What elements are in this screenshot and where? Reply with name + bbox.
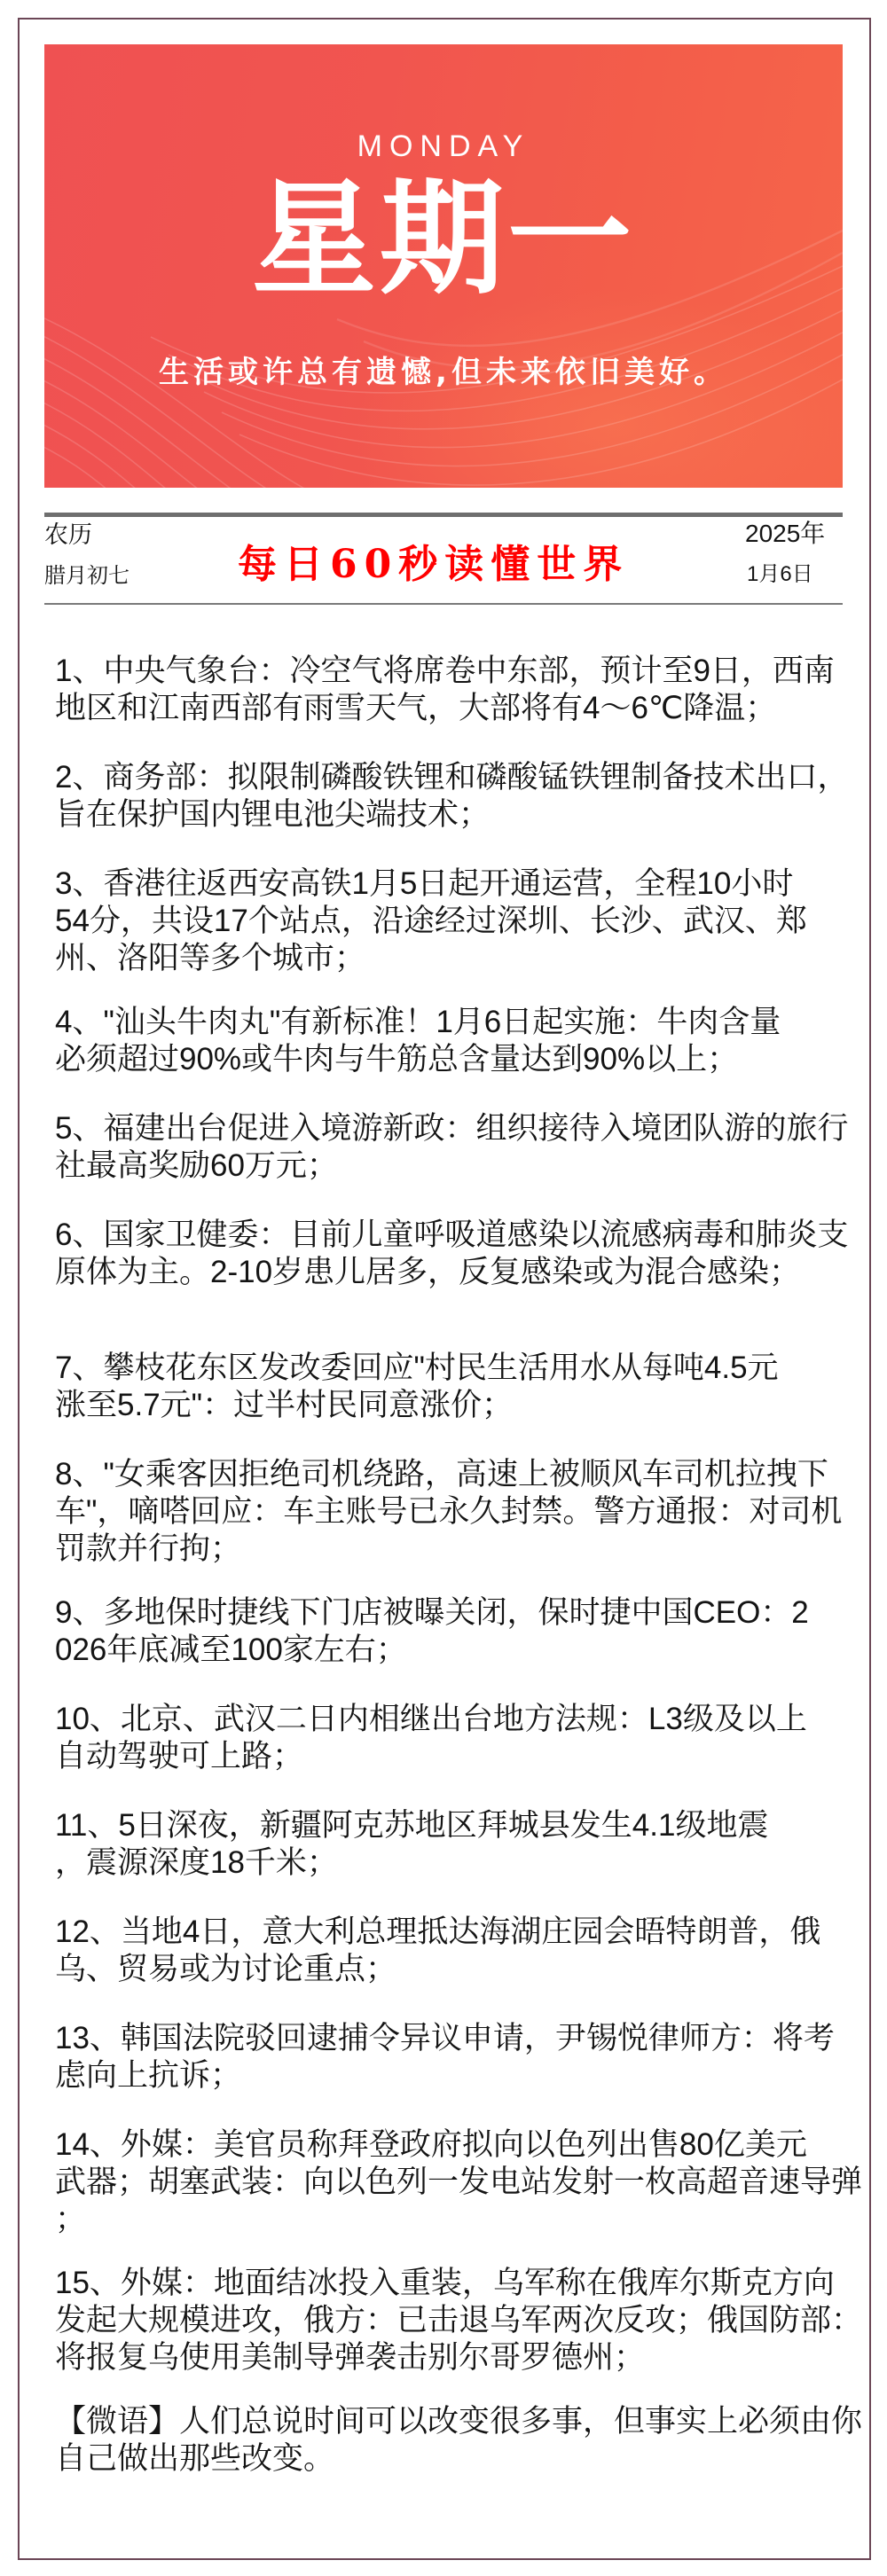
news-line: 3、香港往返西安高铁1月5日起开通运营，全程10小时 (55, 865, 867, 903)
news-item-14: 14、外媒：美官员称拜登政府拟向以色列出售80亿美元 武器；胡塞武装：向以色列一… (55, 2126, 867, 2238)
news-line: 14、外媒：美官员称拜登政府拟向以色列出售80亿美元 (55, 2126, 867, 2164)
dateline-bottom-rule (44, 603, 843, 605)
banner-slogan: 生活或许总有遗憾,但未来依旧美好。 (44, 355, 843, 390)
news-item-3: 3、香港往返西安高铁1月5日起开通运营，全程10小时 54分，共设17个站点，沿… (55, 865, 867, 977)
news-line: 车"，嘀嗒回应：车主账号已永久封禁。警方通报：对司机 (55, 1493, 867, 1531)
news-item-7: 7、攀枝花东区发改委回应"村民生活用水从每吨4.5元 涨至5.7元"：过半村民同… (55, 1350, 867, 1424)
news-item-10: 10、北京、武汉二日内相继出台地方法规：L3级及以上 自动驾驶可上路； (55, 1701, 867, 1775)
news-line: 026年底减至100家左右； (55, 1632, 867, 1669)
news-line: ，震源深度18千米； (55, 1844, 867, 1882)
news-line: 8、"女乘客因拒绝司机绕路，高速上被顺风车司机拉拽下 (55, 1456, 867, 1493)
news-line: 2、商务部：拟限制磷酸铁锂和磷酸锰铁锂制备技术出口， (55, 759, 867, 796)
news-line: 地区和江南西部有雨雪天气，大部将有4～6℃降温； (55, 690, 867, 727)
news-item-8: 8、"女乘客因拒绝司机绕路，高速上被顺风车司机拉拽下 车"，嘀嗒回应：车主账号已… (55, 1456, 867, 1568)
news-line: 原体为主。2-10岁患儿居多，反复感染或为混合感染； (55, 1254, 867, 1291)
news-item-9: 9、多地保时捷线下门店被曝关闭，保时捷中国CEO：2 026年底减至100家左右… (55, 1594, 867, 1669)
news-list: 1、中央气象台：冷空气将席卷中东部，预计至9日，西南 地区和江南西部有雨雪天气，… (55, 653, 867, 2478)
news-line: 12、当地4日，意大利总理抵达海湖庄园会晤特朗普，俄 (55, 1914, 867, 1951)
year-label: 2025年 (745, 520, 825, 548)
news-line: 旨在保护国内锂电池尖端技术； (55, 796, 867, 834)
news-line: 7、攀枝花东区发改委回应"村民生活用水从每吨4.5元 (55, 1350, 867, 1387)
news-line: 社最高奖励60万元； (55, 1147, 867, 1185)
dateline-top-rule (44, 513, 843, 517)
news-item-13: 13、韩国法院驳回逮捕令异议申请，尹锡悦律师方：将考 虑向上抗诉； (55, 2020, 867, 2094)
news-item-15: 15、外媒：地面结冰投入重装，乌军称在俄库尔斯克方向 发起大规模进攻，俄方：已击… (55, 2265, 867, 2376)
news-line: 涨至5.7元"：过半村民同意涨价； (55, 1387, 867, 1424)
news-item-2: 2、商务部：拟限制磷酸铁锂和磷酸锰铁锂制备技术出口， 旨在保护国内锂电池尖端技术… (55, 759, 867, 834)
header-banner: MONDAY 星期一 生活或许总有遗憾,但未来依旧美好。 (44, 44, 843, 488)
weekday-chinese: 星期一 (44, 177, 843, 301)
news-line: 乌、贸易或为讨论重点； (55, 1951, 867, 1988)
news-item-5: 5、福建出台促进入境游新政：组织接待入境团队游的旅行 社最高奖励60万元； (55, 1110, 867, 1185)
news-line: 11、5日深夜，新疆阿克苏地区拜城县发生4.1级地震 (55, 1807, 867, 1844)
news-line: ； (55, 2201, 867, 2238)
news-line: 虑向上抗诉； (55, 2057, 867, 2094)
news-item-1: 1、中央气象台：冷空气将席卷中东部，预计至9日，西南 地区和江南西部有雨雪天气，… (55, 653, 867, 727)
news-line: 州、洛阳等多个城市； (55, 940, 867, 977)
news-line: 武器；胡塞武装：向以色列一发电站发射一枚高超音速导弹 (55, 2164, 867, 2201)
lunar-calendar-label: 农历 (44, 521, 92, 548)
news-line: 将报复乌使用美制导弹袭击别尔哥罗德州； (55, 2339, 867, 2376)
news-line: 6、国家卫健委：目前儿童呼吸道感染以流感病毒和肺炎支 (55, 1217, 867, 1254)
news-line: 必须超过90%或牛肉与牛筋总含量达到90%以上； (55, 1041, 867, 1078)
news-item-4: 4、"汕头牛肉丸"有新标准！1月6日起实施：牛肉含量 必须超过90%或牛肉与牛筋… (55, 1004, 867, 1078)
news-line: 自动驾驶可上路； (55, 1738, 867, 1775)
news-item-11: 11、5日深夜，新疆阿克苏地区拜城县发生4.1级地震 ，震源深度18千米； (55, 1807, 867, 1882)
news-line: 1、中央气象台：冷空气将席卷中东部，预计至9日，西南 (55, 653, 867, 690)
quote-line: 【微语】人们总说时间可以改变很多事，但事实上必须由你 (55, 2403, 867, 2440)
news-line: 罚款并行拘； (55, 1531, 867, 1568)
news-line: 13、韩国法院驳回逮捕令异议申请，尹锡悦律师方：将考 (55, 2020, 867, 2057)
news-line: 54分，共设17个站点，沿途经过深圳、长沙、武汉、郑 (55, 903, 867, 940)
news-line: 10、北京、武汉二日内相继出台地方法规：L3级及以上 (55, 1701, 867, 1738)
news-line: 4、"汕头牛肉丸"有新标准！1月6日起实施：牛肉含量 (55, 1004, 867, 1041)
weekday-english: MONDAY (44, 131, 843, 161)
news-item-6: 6、国家卫健委：目前儿童呼吸道感染以流感病毒和肺炎支 原体为主。2-10岁患儿居… (55, 1217, 867, 1291)
page-title: 每日60秒读懂世界 (238, 543, 629, 587)
quote-line: 自己做出那些改变。 (55, 2440, 867, 2478)
news-item-12: 12、当地4日，意大利总理抵达海湖庄园会晤特朗普，俄 乌、贸易或为讨论重点； (55, 1914, 867, 1988)
date-label: 1月6日 (747, 562, 813, 587)
daily-quote: 【微语】人们总说时间可以改变很多事，但事实上必须由你 自己做出那些改变。 (55, 2403, 867, 2478)
news-line: 发起大规模进攻，俄方：已击退乌军两次反攻；俄国防部： (55, 2302, 867, 2339)
news-line: 9、多地保时捷线下门店被曝关闭，保时捷中国CEO：2 (55, 1594, 867, 1632)
news-line: 5、福建出台促进入境游新政：组织接待入境团队游的旅行 (55, 1110, 867, 1147)
news-line: 15、外媒：地面结冰投入重装，乌军称在俄库尔斯克方向 (55, 2265, 867, 2302)
lunar-date: 腊月初七 (44, 564, 130, 589)
